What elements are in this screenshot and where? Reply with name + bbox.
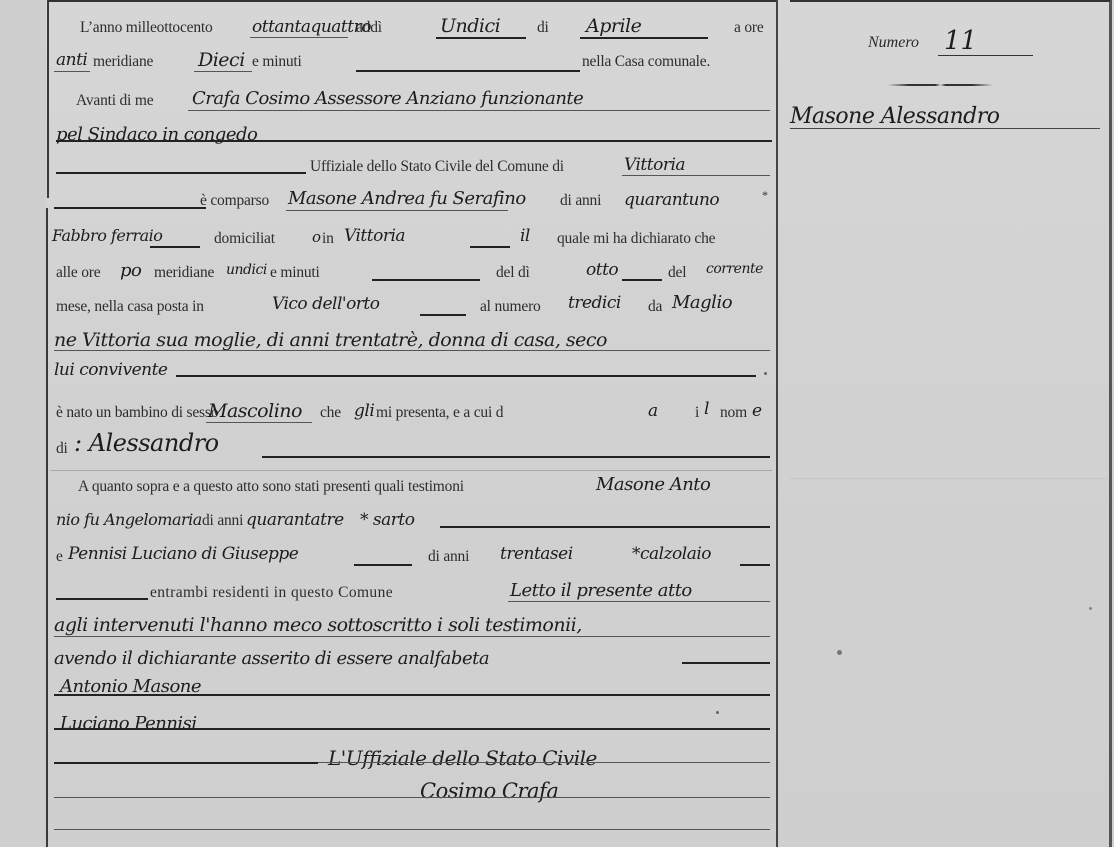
printed-text: addì	[356, 19, 382, 37]
printed-text: è comparso	[200, 192, 269, 210]
printed-text: di	[56, 440, 68, 458]
flourish-ornament	[888, 84, 993, 86]
printed-text: di anni	[202, 512, 243, 530]
handwritten-street: Vico dell'orto	[272, 294, 380, 314]
printed-text: al numero	[480, 298, 541, 316]
printed-text: e	[56, 548, 63, 566]
handwritten-witness1: Masone Anto	[596, 474, 710, 495]
printed-text: meridiane	[93, 53, 153, 71]
handwritten-day: Undici	[440, 15, 500, 37]
printed-text: del	[668, 264, 686, 282]
handwritten-continuation: nio fu Angelomaria	[56, 510, 202, 529]
left-border	[47, 0, 49, 198]
official-name: Cosimo Crafa	[420, 779, 558, 803]
handwritten-l: l	[704, 399, 709, 419]
handwritten-text: avendo il dichiarante asserito di essere…	[54, 648, 489, 669]
printed-text: mese, nella casa posta in	[56, 298, 204, 316]
left-border-lower	[46, 208, 48, 847]
handwritten-pronoun: gli	[354, 401, 374, 421]
printed-text: Avanti di me	[76, 92, 153, 110]
handwritten-hour: undici	[226, 262, 267, 278]
asterisk: *	[762, 188, 768, 203]
handwritten-month: Aprile	[586, 15, 641, 37]
printed-text: nella Casa comunale.	[582, 53, 710, 71]
handwritten-profession: Fabbro ferraio	[52, 226, 162, 245]
printed-text: meridiane	[154, 264, 214, 282]
handwritten-article: il	[520, 226, 530, 246]
printed-text: e minuti	[252, 53, 302, 71]
handwritten-text: Letto il presente atto	[510, 580, 692, 601]
handwritten-e: e	[752, 401, 762, 421]
numero-label: Numero	[868, 34, 919, 52]
register-page: L’anno milleottocento ottantaquattro add…	[0, 0, 1114, 847]
handwritten-profession: * sarto	[360, 510, 414, 530]
printed-text: di anni	[560, 192, 601, 210]
handwritten-month: corrente	[706, 261, 763, 277]
handwritten-domicile: Vittoria	[344, 226, 405, 246]
printed-text: in	[322, 230, 334, 248]
official-title: L'Uffiziale dello Stato Civile	[328, 746, 597, 770]
handwritten-mother: Maglio	[672, 292, 732, 313]
printed-text: mi presenta, e a cui d	[376, 404, 503, 422]
handwritten-ampm: po	[120, 260, 141, 281]
printed-text: domiciliat	[214, 230, 275, 248]
handwritten-day: otto	[586, 260, 618, 280]
printed-text: Uffiziale dello Stato Civile del Comune …	[310, 158, 564, 176]
column-divider	[776, 0, 778, 847]
handwritten-number: tredici	[568, 293, 621, 313]
printed-text: è nato un bambino di sesso	[56, 404, 218, 422]
printed-text: A quanto sopra e a questo atto sono stat…	[78, 478, 464, 496]
handwritten-official: Crafa Cosimo Assessore Anziano funzionan…	[192, 88, 583, 109]
handwritten-continuation: lui convivente	[54, 360, 167, 380]
printed-text: e minuti	[270, 264, 320, 282]
handwritten-age: quarantuno	[624, 190, 719, 210]
handwritten-age: trentasei	[500, 544, 573, 564]
handwritten-a: a	[648, 401, 658, 421]
printed-text: L’anno milleottocento	[80, 19, 213, 37]
printed-text: entrambi residenti in questo Comune	[150, 584, 393, 602]
printed-text: di anni	[428, 548, 469, 566]
handwritten-suffix: o	[312, 228, 321, 246]
handwritten-sex: Mascolino	[208, 400, 302, 422]
handwritten-year: ottantaquattro	[252, 17, 371, 37]
handwritten-witness2: Pennisi Luciano di Giuseppe	[68, 544, 298, 564]
top-border	[48, 0, 776, 2]
signature-text: Luciano Pennisi	[60, 713, 197, 734]
top-border-margin	[790, 0, 1110, 2]
handwritten-hour: Dieci	[198, 49, 245, 71]
handwritten-ampm: anti	[56, 50, 87, 70]
handwritten-declarant: Masone Andrea fu Serafino	[288, 188, 526, 209]
handwritten-text: agli intervenuti l'hanno meco sottoscrit…	[54, 614, 582, 636]
printed-text: a ore	[734, 19, 764, 37]
handwritten-profession: *calzolaio	[632, 544, 711, 564]
handwritten-age: quarantatre	[246, 510, 344, 530]
printed-text: da	[648, 298, 662, 316]
printed-text: quale mi ha dichiarato che	[557, 230, 715, 248]
printed-text: nom	[720, 404, 747, 422]
printed-text: alle ore	[56, 264, 100, 282]
handwritten-comune: Vittoria	[624, 155, 685, 175]
handwritten-continuation: ne Vittoria sua moglie, di anni trentatr…	[54, 329, 607, 351]
printed-text: i	[695, 404, 699, 422]
handwritten-child-name: : Alessandro	[74, 429, 219, 457]
printed-text: di	[537, 19, 549, 37]
binding-margin	[0, 0, 46, 847]
right-border	[1109, 0, 1112, 847]
numero-value: 11	[944, 26, 977, 56]
printed-text: che	[320, 404, 341, 422]
margin-subject-name: Masone Alessandro	[790, 104, 1000, 129]
printed-text: del dì	[496, 264, 530, 282]
